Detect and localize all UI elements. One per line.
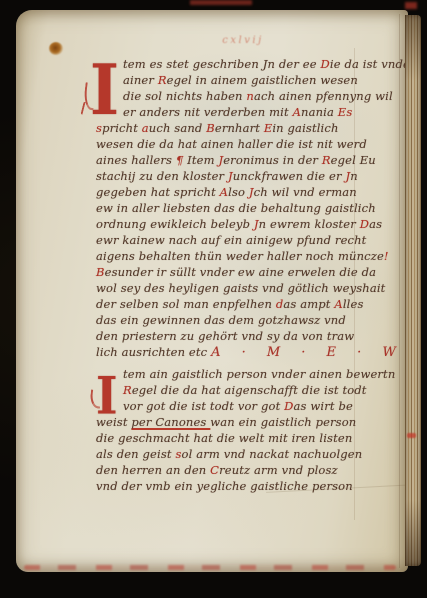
rubricated-text: A · M · E · W (211, 345, 403, 360)
ink-text: das ein gewinnen das dem gotzhawsz vnd (96, 313, 346, 327)
book-fore-edge (405, 15, 421, 566)
manuscript-line: den herren an den Creutz arm vnd plosz (96, 462, 396, 478)
manuscript-page: cxlvij I I tem es stet geschriben Jn der… (16, 10, 408, 572)
rubricated-text: ¶ (176, 153, 187, 167)
ink-text: esunder ir süllt vnder ew aine erwelen d… (105, 265, 377, 279)
manuscript-line: das ein gewinnen das dem gotzhawsz vnd (96, 312, 396, 328)
ink-text: as wirt be (294, 399, 353, 413)
ink-text: gegeben hat spricht (96, 185, 220, 199)
ink-text: den herren an den (96, 463, 210, 477)
ink-text: vnd der vmb ein yegliche gaistliche pers… (96, 479, 353, 493)
manuscript-line: er anders nit verderben mit Anania Es (96, 104, 396, 120)
ink-text: nania (301, 105, 338, 119)
manuscript-line: stachij zu den kloster Junckfrawen die e… (96, 168, 396, 184)
manuscript-line: der selben sol man enpfelhen das ampt Al… (96, 296, 396, 312)
ink-text: egel die da hat aigenschafft die ist tod… (132, 383, 367, 397)
ink-text: die geschmacht hat die welt mit iren lis… (96, 431, 352, 445)
ink-text: reutz arm vnd plosz (219, 463, 338, 477)
manuscript-line: tem ain gaistlich person vnder ainen bew… (96, 366, 396, 382)
manuscript-line: lich ausrichten etc A · M · E · W (96, 344, 396, 360)
rubricated-text: R (123, 383, 132, 397)
rubricated-text: Es (338, 105, 353, 119)
ink-text: aines hallers (96, 153, 176, 167)
rubricated-text: A (293, 105, 301, 119)
fore-edge-red-mark (407, 433, 416, 438)
manuscript-line: aigens behalten thün weder haller noch m… (96, 248, 396, 264)
ink-stain (49, 42, 63, 55)
manuscript-line: aines hallers ¶ Item Jeronimus in der Re… (96, 152, 396, 168)
red-edge-stain-bottom (24, 565, 396, 570)
rubricated-text: B (206, 121, 215, 135)
ink-text: tem ain gaistlich person vnder ainen bew… (123, 367, 395, 381)
ink-text: lich ausrichten etc (96, 345, 211, 359)
ink-text: ordnung ewikleich beleyb (96, 217, 254, 231)
manuscript-line: vor got die ist todt vor got Das wirt be (96, 398, 396, 414)
ink-text: ernhart (215, 121, 264, 135)
rubricated-text: C (210, 463, 219, 477)
manuscript-line: den priestern zu gehört vnd sy da von tr… (96, 328, 396, 344)
ink-text: als den geist (96, 447, 175, 461)
manuscript-line: tem es stet geschriben Jn der ee Die da … (96, 56, 396, 72)
ink-text: n ewrem kloster (259, 217, 360, 231)
ink-text: unckfrawen die er (233, 169, 346, 183)
rubricated-text: ! (384, 249, 389, 263)
manuscript-line: wol sey des heyligen gaists vnd götlich … (96, 280, 396, 296)
rubricated-text: R (158, 73, 167, 87)
manuscript-line: vnd der vmb ein yegliche gaistliche pers… (96, 478, 396, 494)
manuscript-line: gegeben hat spricht Also Jch wil vnd erm… (96, 184, 396, 200)
manuscript-line: Regel die da hat aigenschafft die ist to… (96, 382, 396, 398)
ink-text: Item (187, 153, 218, 167)
ink-text: in gaistlich (272, 121, 338, 135)
ink-text: wesen die da hat ainen haller die ist ni… (96, 137, 367, 151)
red-underlined-text: per Canones (131, 415, 210, 429)
ink-text: as ampt (283, 297, 334, 311)
ink-text: vor got die ist todt vor got (123, 399, 284, 413)
ink-text: egel in ainem gaistlichen wesen (167, 73, 358, 87)
rubricated-text: R (322, 153, 331, 167)
manuscript-line: ewr kainew nach auf ein ainigew pfund re… (96, 232, 396, 248)
ink-text: egel Eu (331, 153, 376, 167)
ink-text: wan ein gaistlich person (210, 415, 356, 429)
manuscript-line: wesen die da hat ainen haller die ist ni… (96, 136, 396, 152)
rubricated-text: D (360, 217, 369, 231)
manuscript-line: Besunder ir süllt vnder ew aine erwelen … (96, 264, 396, 280)
ink-text: die sol nichts haben (123, 89, 246, 103)
rubricated-text: D (284, 399, 293, 413)
ink-text: tem es stet geschriben Jn der ee (123, 57, 321, 71)
manuscript-line: die sol nichts haben nach ainen pfennyng… (96, 88, 396, 104)
ink-text: ewr kainew nach auf ein ainigew pfund re… (96, 233, 366, 247)
ink-text: aigens behalten thün weder haller noch m… (96, 249, 384, 263)
rubricated-text: A (334, 297, 342, 311)
ink-text: lso (228, 185, 249, 199)
ink-text: ch wil vnd erman (254, 185, 357, 199)
ink-text: as (369, 217, 382, 231)
ink-text: ainer (123, 73, 158, 87)
ink-text: er anders nit verderben mit (123, 105, 293, 119)
manuscript-line: als den geist sol arm vnd nackat nachuol… (96, 446, 396, 462)
ink-text: wol sey des heyligen gaists vnd götlich … (96, 281, 385, 295)
ink-text: stachij zu den kloster (96, 169, 228, 183)
ink-text: ach ainen pfennyng wil (254, 89, 393, 103)
rubricated-text: B (96, 265, 105, 279)
ink-text: uch sand (149, 121, 206, 135)
red-edge-stain-top (190, 0, 252, 5)
manuscript-line: die geschmacht hat die welt mit iren lis… (96, 430, 396, 446)
rubricated-text: D (321, 57, 330, 71)
photo-backdrop: cxlvij I I tem es stet geschriben Jn der… (0, 0, 427, 598)
manuscript-line: ew in aller liebsten das die behaltung g… (96, 200, 396, 216)
text-block: tem es stet geschriben Jn der ee Die da … (96, 56, 396, 494)
ink-text: pricht (102, 121, 142, 135)
ink-text: n (350, 169, 358, 183)
ink-text: lles (343, 297, 364, 311)
ink-text: ol arm vnd nackat nachuolgen (182, 447, 363, 461)
rubricated-text: a (142, 121, 149, 135)
ink-text: der selben sol man enpfelhen (96, 297, 276, 311)
manuscript-line: spricht auch sand Bernhart Ein gaistlich (96, 120, 396, 136)
ink-text: eronimus in der (223, 153, 322, 167)
red-edge-stain-top-right (405, 2, 417, 9)
ink-text: den priestern zu gehört vnd sy da von tr… (96, 329, 354, 343)
manuscript-line: ordnung ewikleich beleyb Jn ewrem kloste… (96, 216, 396, 232)
rubricated-text: A (220, 185, 228, 199)
ink-text: ie da ist vnder (330, 57, 416, 71)
ink-text: weist (96, 415, 131, 429)
manuscript-line: weist per Canones wan ein gaistlich pers… (96, 414, 396, 430)
folio-number: cxlvij (198, 35, 288, 46)
rubricated-text: n (246, 89, 254, 103)
ink-text: ew in aller liebsten das die behaltung g… (96, 201, 376, 215)
manuscript-line: ainer Regel in ainem gaistlichen wesen (96, 72, 396, 88)
